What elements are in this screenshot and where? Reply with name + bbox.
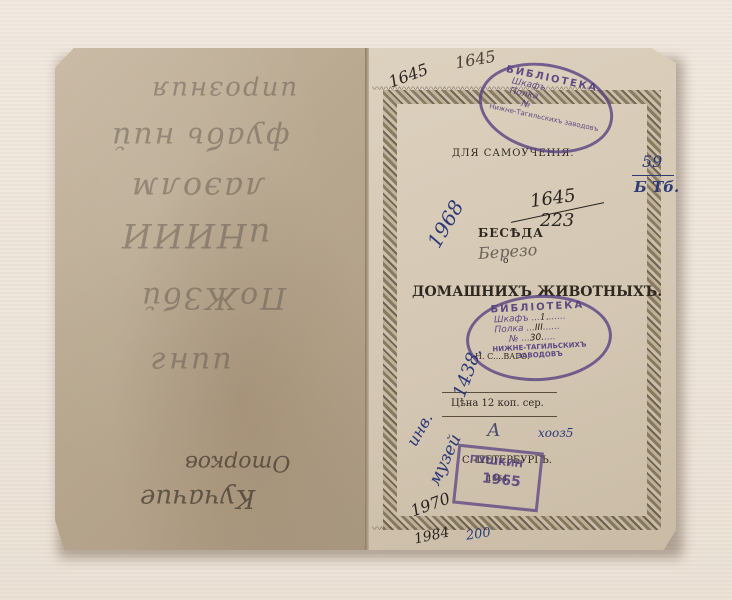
pencil-scribble: ипрозния xyxy=(150,75,297,105)
title-line-1: БЕСѢДА xyxy=(478,226,544,240)
museum-stamp: ПУШКИН 1965 xyxy=(452,444,544,513)
pencil-scribble: ПоЖЗбй xyxy=(140,280,286,315)
pencil-scribble: иНИИИ xyxy=(120,215,271,255)
handwritten-number: 223 xyxy=(540,210,574,231)
pencil-scribble: фуабь ний xyxy=(110,120,289,155)
pencil-scribble: иинг xyxy=(150,345,232,380)
pencil-scribble: лаэолм xyxy=(130,170,266,208)
pencil-note: Оторков xyxy=(185,450,290,475)
handwritten-letter: А xyxy=(487,420,501,441)
pencil-note: Кучачие xyxy=(140,483,255,513)
call-number-top: 59 xyxy=(642,152,662,171)
price: Цѣна 12 коп. сер. xyxy=(451,398,544,409)
fraction-line xyxy=(632,175,674,176)
call-number-bottom: Б Тб. xyxy=(634,178,679,196)
rule xyxy=(442,416,557,417)
handwritten-note: хооз5 xyxy=(538,426,573,440)
